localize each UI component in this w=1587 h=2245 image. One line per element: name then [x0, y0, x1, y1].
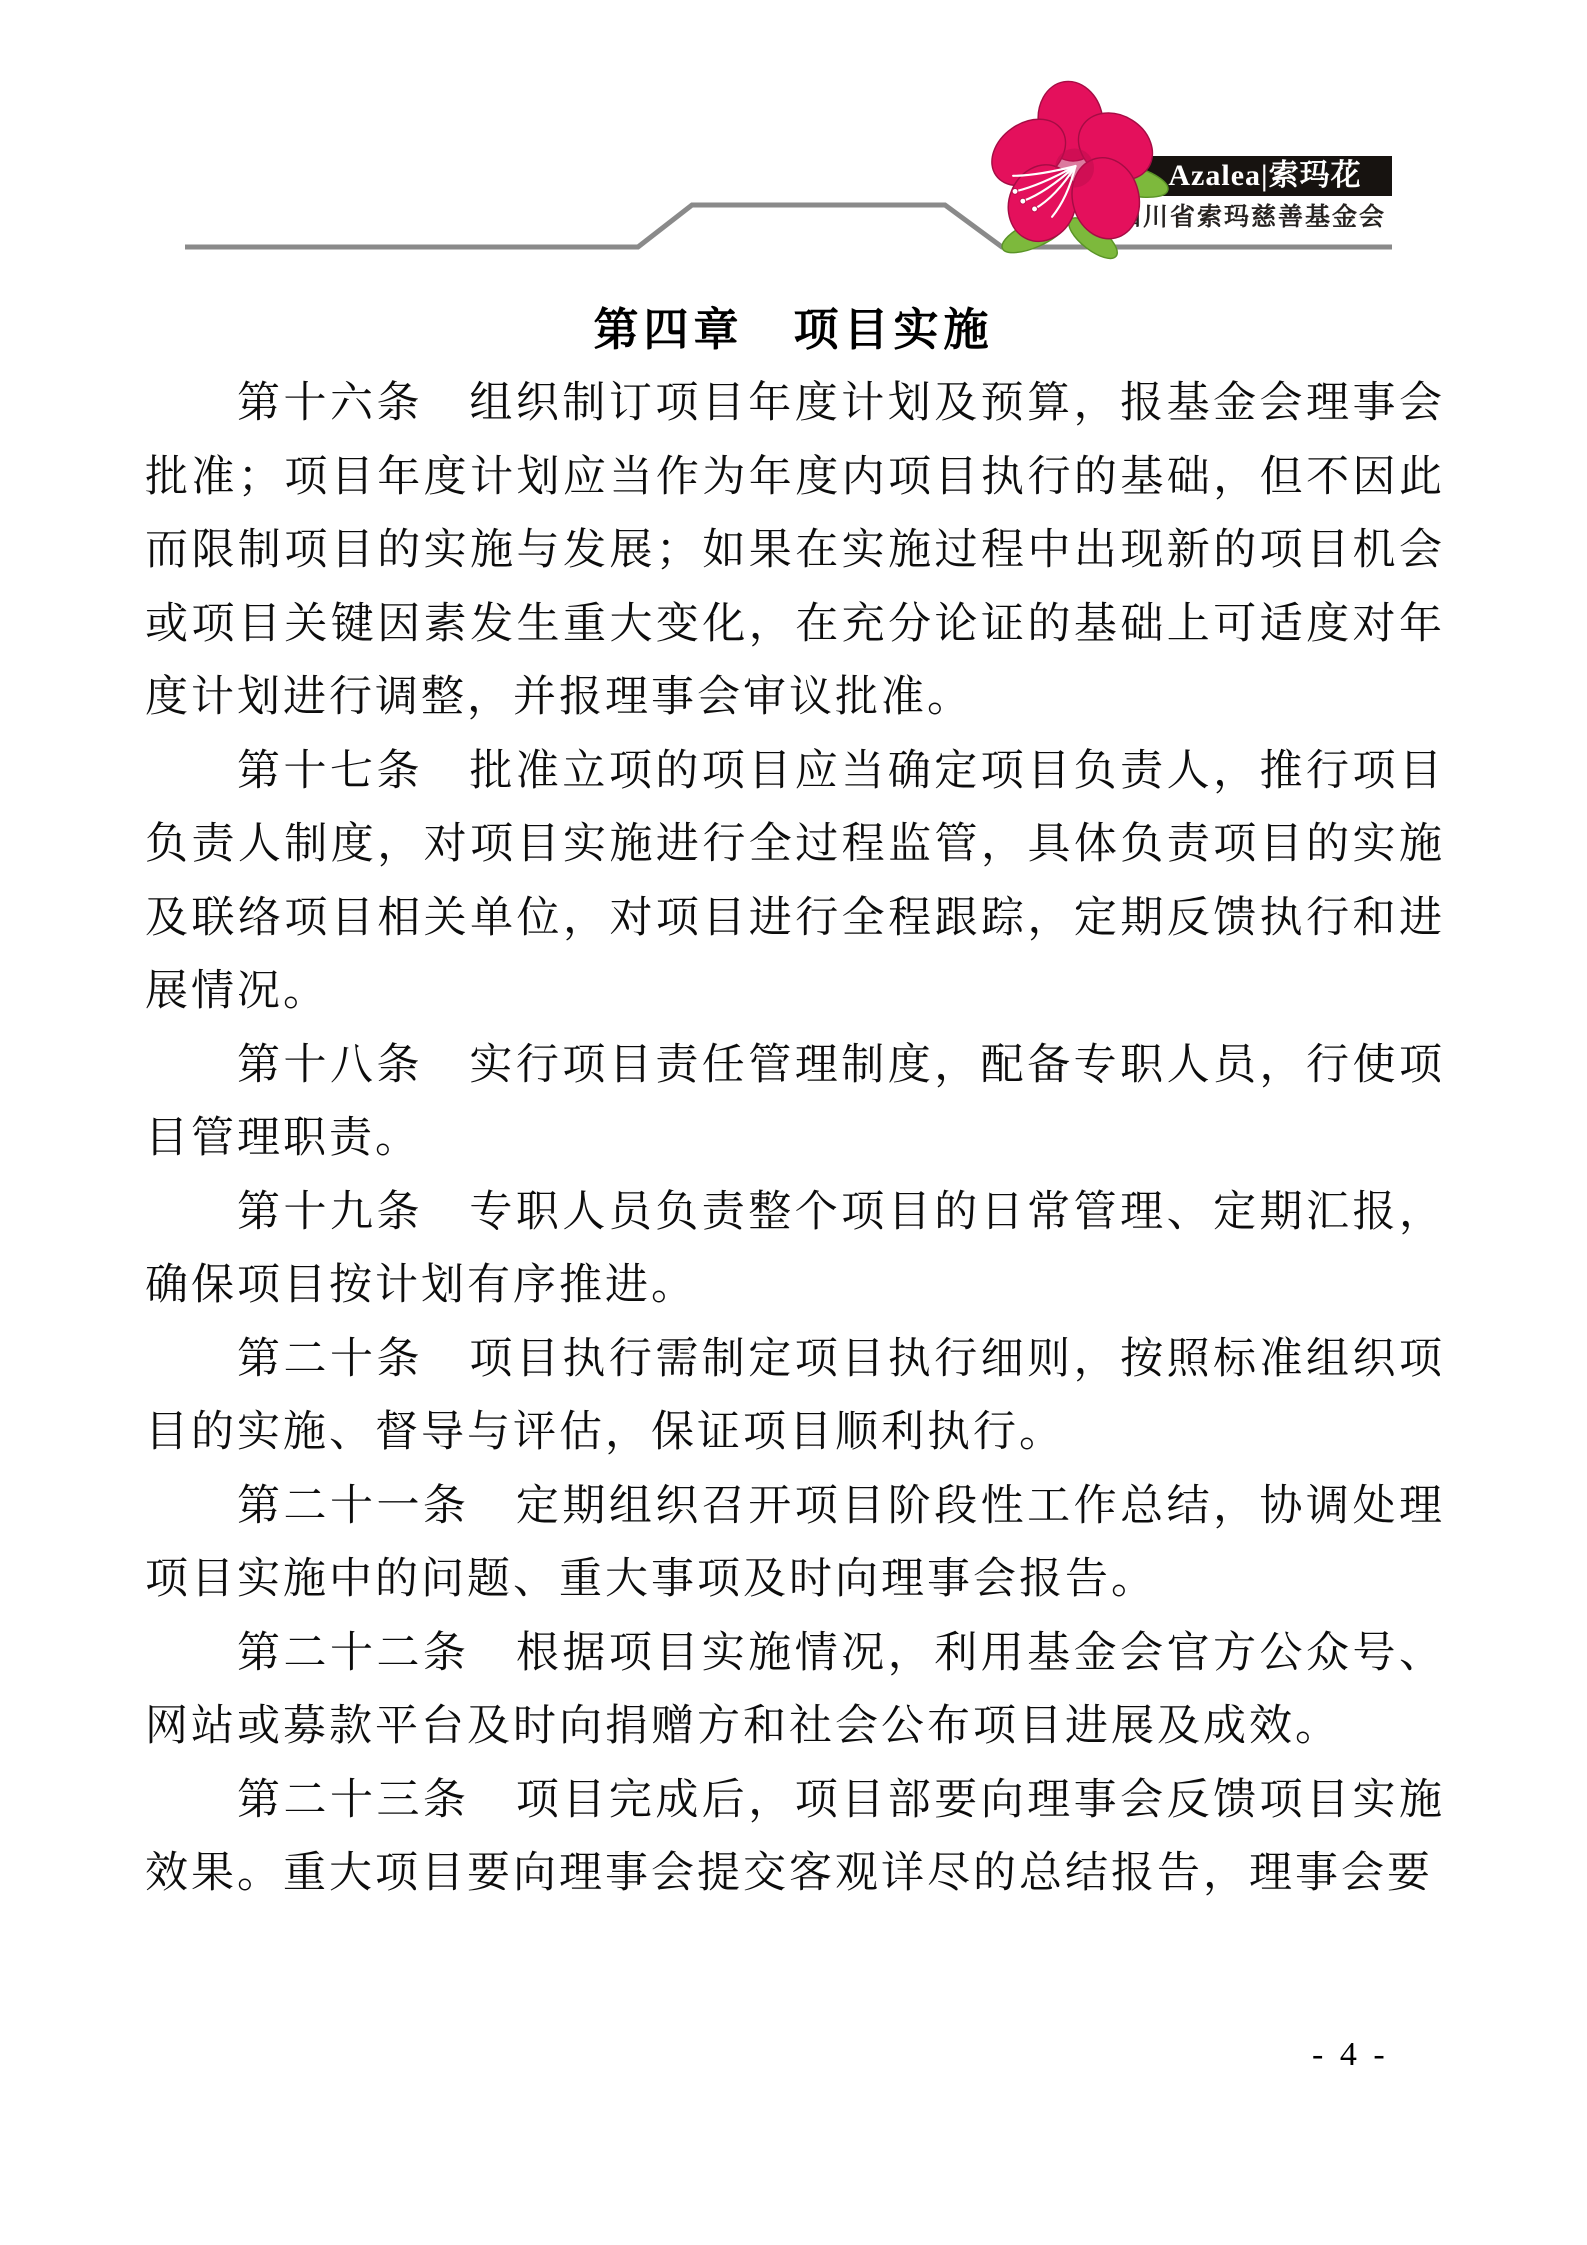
document-page: Azalea|索玛花 四川省索玛慈善基金会 — [0, 0, 1587, 2245]
article-paragraph: 第二十三条 项目完成后，项目部要向理事会反馈项目实施效果。重大项目要向理事会提交… — [145, 1764, 1445, 1911]
azalea-flower-icon — [978, 68, 1173, 268]
article-paragraph: 第十七条 批准立项的项目应当确定项目负责人，推行项目负责人制度，对项目实施进行全… — [145, 735, 1445, 1029]
article-paragraph: 第十九条 专职人员负责整个项目的日常管理、定期汇报，确保项目按计划有序推进。 — [145, 1176, 1445, 1323]
article-paragraph: 第二十二条 根据项目实施情况，利用基金会官方公众号、网站或募款平台及时向捐赠方和… — [145, 1617, 1445, 1764]
header-rule — [0, 0, 1587, 300]
chapter-title: 第四章 项目实施 — [0, 293, 1587, 358]
article-paragraph: 第十八条 实行项目责任管理制度，配备专职人员，行使项目管理职责。 — [145, 1029, 1445, 1176]
document-body: 第十六条 组织制订项目年度计划及预算，报基金会理事会批准；项目年度计划应当作为年… — [145, 367, 1445, 1911]
article-paragraph: 第十六条 组织制订项目年度计划及预算，报基金会理事会批准；项目年度计划应当作为年… — [145, 367, 1445, 735]
article-paragraph: 第二十一条 定期组织召开项目阶段性工作总结，协调处理项目实施中的问题、重大事项及… — [145, 1470, 1445, 1617]
article-paragraph: 第二十条 项目执行需制定项目执行细则，按照标准组织项目的实施、督导与评估，保证项… — [145, 1323, 1445, 1470]
page-number: - 4 - — [1312, 2036, 1389, 2074]
